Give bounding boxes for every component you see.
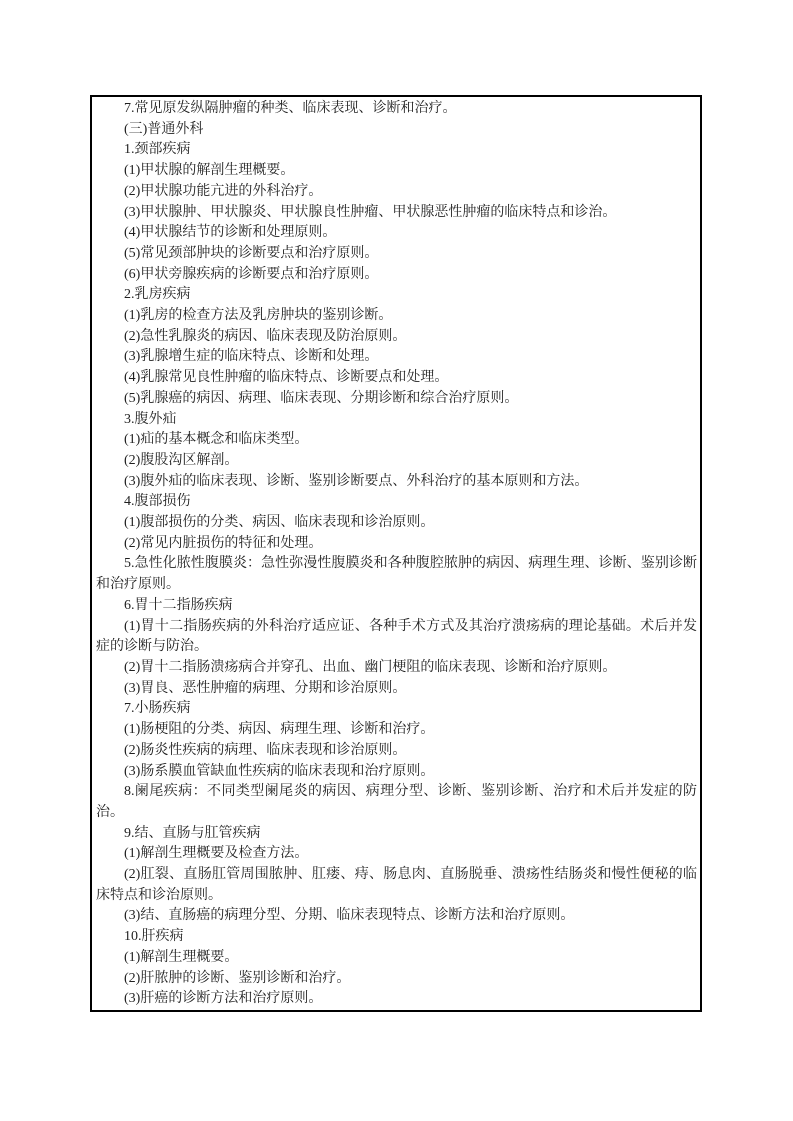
syllabus-paragraph: (2)腹股沟区解剖。 xyxy=(96,451,697,472)
syllabus-paragraph: (2)甲状腺功能亢进的外科治疗。 xyxy=(96,182,697,203)
syllabus-paragraph: (3)结、直肠癌的病理分型、分期、临床表现特点、诊断方法和治疗原则。 xyxy=(96,906,697,927)
syllabus-paragraph: (1)胃十二指肠疾病的外科治疗适应证、各种手术方式及其治疗溃疡病的理论基础。术后… xyxy=(96,617,697,658)
syllabus-paragraph: (1)乳房的检查方法及乳房肿块的鉴别诊断。 xyxy=(96,306,697,327)
syllabus-paragraph: 2.乳房疾病 xyxy=(96,285,697,306)
syllabus-paragraph: (1)疝的基本概念和临床类型。 xyxy=(96,430,697,451)
syllabus-paragraph: (2)常见内脏损伤的特征和处理。 xyxy=(96,534,697,555)
syllabus-paragraph: (3)肠系膜血管缺血性疾病的临床表现和治疗原则。 xyxy=(96,762,697,783)
syllabus-paragraph: (2)肛裂、直肠肛管周围脓肿、肛瘘、痔、肠息肉、直肠脱垂、溃疡性结肠炎和慢性便秘… xyxy=(96,865,697,906)
syllabus-paragraph: 10.肝疾病 xyxy=(96,927,697,948)
syllabus-paragraph: (1)甲状腺的解剖生理概要。 xyxy=(96,161,697,182)
syllabus-paragraph: (2)胃十二指肠溃疡病合并穿孔、出血、幽门梗阻的临床表现、诊断和治疗原则。 xyxy=(96,658,697,679)
syllabus-paragraph: 7.小肠疾病 xyxy=(96,699,697,720)
syllabus-paragraph: (1)解剖生理概要。 xyxy=(96,948,697,969)
syllabus-paragraph: (5)乳腺癌的病因、病理、临床表现、分期诊断和综合治疗原则。 xyxy=(96,389,697,410)
syllabus-paragraph: (3)甲状腺肿、甲状腺炎、甲状腺良性肿瘤、甲状腺恶性肿瘤的临床特点和诊治。 xyxy=(96,203,697,224)
syllabus-paragraph: (4)乳腺常见良性肿瘤的临床特点、诊断要点和处理。 xyxy=(96,368,697,389)
document-page: 7.常见原发纵隔肿瘤的种类、临床表现、诊断和治疗。 (三)普通外科 1.颈部疾病… xyxy=(0,0,793,1121)
syllabus-paragraph: 3.腹外疝 xyxy=(96,410,697,431)
syllabus-paragraph: (1)肠梗阻的分类、病因、病理生理、诊断和治疗。 xyxy=(96,720,697,741)
syllabus-paragraph: 7.常见原发纵隔肿瘤的种类、临床表现、诊断和治疗。 xyxy=(96,99,697,120)
syllabus-paragraph: 4.腹部损伤 xyxy=(96,492,697,513)
syllabus-table-cell: 7.常见原发纵隔肿瘤的种类、临床表现、诊断和治疗。 (三)普通外科 1.颈部疾病… xyxy=(90,95,702,1012)
syllabus-paragraph: (2)肝脓肿的诊断、鉴别诊断和治疗。 xyxy=(96,969,697,990)
syllabus-paragraph: 1.颈部疾病 xyxy=(96,140,697,161)
syllabus-paragraph: (2)肠炎性疾病的病理、临床表现和诊治原则。 xyxy=(96,741,697,762)
syllabus-paragraph: 5.急性化脓性腹膜炎：急性弥漫性腹膜炎和各种腹腔脓肿的病因、病理生理、诊断、鉴别… xyxy=(96,554,697,595)
syllabus-paragraph: (3)腹外疝的临床表现、诊断、鉴别诊断要点、外科治疗的基本原则和方法。 xyxy=(96,472,697,493)
syllabus-paragraph: (三)普通外科 xyxy=(96,120,697,141)
syllabus-paragraph: 6.胃十二指肠疾病 xyxy=(96,596,697,617)
syllabus-paragraph: (1)解剖生理概要及检查方法。 xyxy=(96,844,697,865)
syllabus-paragraph: (2)急性乳腺炎的病因、临床表现及防治原则。 xyxy=(96,327,697,348)
syllabus-paragraph: (3)胃良、恶性肿瘤的病理、分期和诊治原则。 xyxy=(96,679,697,700)
syllabus-paragraph: (6)甲状旁腺疾病的诊断要点和治疗原则。 xyxy=(96,265,697,286)
syllabus-paragraph: (3)肝癌的诊断方法和治疗原则。 xyxy=(96,989,697,1010)
syllabus-paragraph: 11.门静脉高压症的解剖概要、病因、病理生理、临床表现、诊断和治疗原则。 xyxy=(96,1010,697,1012)
syllabus-paragraph: (5)常见颈部肿块的诊断要点和治疗原则。 xyxy=(96,244,697,265)
syllabus-paragraph: (3)乳腺增生症的临床特点、诊断和处理。 xyxy=(96,347,697,368)
syllabus-paragraph: (4)甲状腺结节的诊断和处理原则。 xyxy=(96,223,697,244)
syllabus-paragraph: 9.结、直肠与肛管疾病 xyxy=(96,824,697,845)
syllabus-paragraph: 8.阑尾疾病：不同类型阑尾炎的病因、病理分型、诊断、鉴别诊断、治疗和术后并发症的… xyxy=(96,782,697,823)
syllabus-paragraph: (1)腹部损伤的分类、病因、临床表现和诊治原则。 xyxy=(96,513,697,534)
